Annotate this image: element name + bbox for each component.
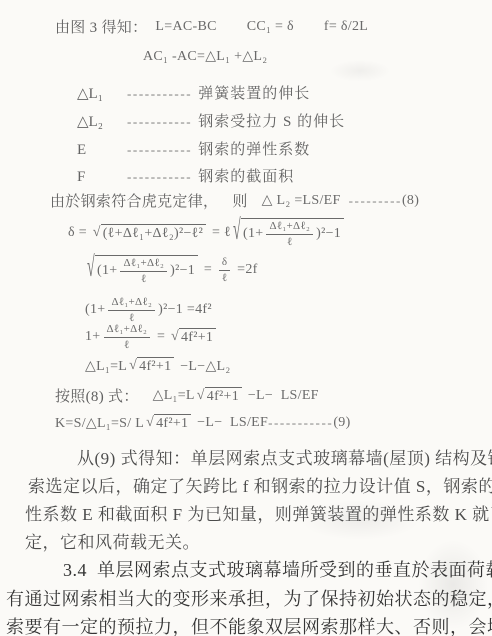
definition-row-f: F ----------- 钢索的截面积	[77, 165, 294, 186]
definition-row-dl1: △L₁ ----------- 弹簧装置的伸长	[77, 82, 310, 103]
fraction-denominator: ℓ	[124, 338, 130, 352]
intro-line: 由图 3 得知： L=AC-BC CC₁ = δ f= δ/2L	[55, 16, 368, 37]
equation-number-8: (8)	[402, 193, 419, 209]
step6-post: −L− LS/EF	[244, 388, 319, 404]
equation-CC1: CC₁ = δ	[247, 19, 294, 35]
sqrt-radical: √ 4f²+1	[146, 414, 191, 432]
fraction: Δℓ₁+Δℓ₂ ℓ	[120, 257, 167, 285]
radical-icon: √	[171, 328, 179, 346]
formula-ref8: 按照(8) 式： △L₁=L √ 4f²+1 −L− LS/EF	[55, 385, 319, 406]
radicand-text: (ℓ+Δℓ₁+Δℓ₂)²−ℓ²	[103, 226, 204, 242]
radicand-pre: (1+	[97, 263, 117, 279]
radicand-pre: (1+	[243, 226, 263, 242]
sqrt-radical: √ 4f²+1	[129, 357, 174, 375]
dash-leader: -----------	[127, 142, 192, 158]
scan-smudge	[330, 60, 390, 82]
sqrt-radical: √ 4f²+1	[197, 387, 242, 405]
formula-k: K=S/△L₁=S/ L √ 4f²+1 −L− LS/EF ---------…	[55, 414, 351, 432]
formula-step2: √ (1+ Δℓ₁+Δℓ₂ ℓ )²−1 = δ ℓ =2f	[85, 255, 258, 285]
step5-pre: △L₁=L	[85, 358, 127, 375]
definition-row-dl2: △L₂ ----------- 钢索受拉力 S 的伸长	[77, 110, 345, 131]
section-3-4-line: 有通过网索相当大的变形来承担，为了保持初始状态的稳定，钢	[6, 585, 492, 611]
delta-mid: = ℓ	[208, 225, 231, 241]
fraction: Δℓ₁+Δℓ₂ ℓ	[104, 323, 151, 351]
hooke-formula: △ L₂ =LS/EF	[262, 192, 341, 209]
definition-desc: 弹簧装置的伸长	[198, 82, 310, 103]
fraction-denominator: ℓ	[141, 272, 147, 286]
definition-desc: 钢索的弹性系数	[198, 138, 310, 159]
fraction-numerator: Δℓ₁+Δℓ₂	[108, 296, 155, 311]
equation-number-9: (9)	[333, 415, 350, 431]
formula-step4: 1+ Δℓ₁+Δℓ₂ ℓ = √ 4f²+1	[85, 323, 218, 351]
fraction: δ ℓ	[219, 256, 230, 284]
radical-icon: √	[146, 414, 154, 432]
equation-f: f= δ/2L	[324, 19, 368, 35]
fraction-numerator: δ	[219, 256, 230, 271]
step3-pre: (1+	[85, 302, 105, 318]
definition-desc: 钢索受拉力 S 的伸长	[198, 110, 345, 131]
intro-label: 由图 3 得知：	[55, 16, 147, 37]
dash-leader: -----------	[127, 169, 192, 185]
radical-icon: √	[129, 357, 137, 375]
paragraph-line: 索选定以后，确定了矢跨比 f 和钢索的拉力设计值 S，钢索的弹	[28, 472, 492, 497]
section-3-4-line: 索要有一定的预拉力，但不能象双层网索那样大、否则，会增大	[6, 613, 492, 636]
dash-leader: -----------	[127, 86, 192, 102]
dash-leader: -----------	[127, 114, 192, 130]
definition-term: F	[77, 169, 127, 186]
dash-leader: ---------	[349, 193, 402, 209]
sqrt-radical: √ (1+ Δℓ₁+Δℓ₂ ℓ )²−1	[233, 218, 344, 248]
scanned-paper-page: 由图 3 得知： L=AC-BC CC₁ = δ f= δ/2L AC₁ -AC…	[0, 0, 492, 636]
step2-tail: =2f	[233, 262, 257, 278]
radicand-text: 4f²+1	[207, 389, 239, 405]
paragraph-line: 从(9) 式得知：单层网索点支式玻璃幕墙(屋顶) 结构及钢	[77, 444, 492, 469]
fraction-numerator: Δℓ₁+Δℓ₂	[104, 323, 151, 338]
definition-term: △L₂	[77, 112, 127, 131]
definition-term: E	[77, 142, 127, 159]
fraction-numerator: Δℓ₁+Δℓ₂	[266, 220, 313, 235]
fraction-denominator: ℓ	[222, 271, 228, 285]
definition-term: △L₁	[77, 84, 127, 103]
definition-row-e: E ----------- 钢索的弹性系数	[77, 138, 310, 159]
formula-ac-text: AC₁ -AC=△L₁ +△L₂	[143, 48, 267, 65]
radicand-post: )²−1	[316, 226, 341, 242]
definition-desc: 钢索的截面积	[198, 165, 294, 186]
dash-leader: -----------	[268, 415, 333, 431]
radicand-post: )²−1	[170, 263, 195, 279]
formula-step5: △L₁=L √ 4f²+1 −L−△L₂	[85, 357, 231, 375]
fraction: Δℓ₁+Δℓ₂ ℓ	[266, 220, 313, 248]
radicand-text: 4f²+1	[156, 416, 188, 432]
fraction: Δℓ₁+Δℓ₂ ℓ	[108, 296, 155, 324]
step7-pre: K=S/△L₁=S/ L	[55, 415, 144, 432]
sqrt-radical: √ 4f²+1	[171, 328, 216, 346]
formula-ac: AC₁ -AC=△L₁ +△L₂	[143, 48, 267, 65]
radical-icon: √	[197, 387, 205, 405]
radical-icon: √	[87, 238, 95, 302]
fraction-denominator: ℓ	[287, 235, 293, 249]
sqrt-radical: √ (1+ Δℓ₁+Δℓ₂ ℓ )²−1	[87, 255, 198, 285]
sqrt-radical: √ (ℓ+Δℓ₁+Δℓ₂)²−ℓ²	[93, 224, 206, 242]
step6-label: 按照(8) 式：	[55, 385, 139, 406]
radicand-text: 4f²+1	[181, 330, 213, 346]
equals-sign: =	[153, 329, 169, 345]
paragraph-line: 性系数 E 和截面积 F 为已知量，则弹簧装置的弹性系数 K 就已确	[25, 500, 492, 525]
equation-L: L=AC-BC	[155, 19, 216, 35]
radicand-text: 4f²+1	[139, 359, 171, 375]
step5-post: −L−△L₂	[176, 358, 230, 375]
formula-delta: δ = √ (ℓ+Δℓ₁+Δℓ₂)²−ℓ² = ℓ √ (1+ Δℓ₁+Δℓ₂ …	[68, 218, 346, 248]
step7-post: −L− LS/EF	[193, 415, 268, 431]
equals-sign: =	[200, 262, 216, 278]
section-3-4-line: 3.4 单层网索点支式玻璃幕墙所受到的垂直於表面荷载，只	[63, 556, 492, 582]
step6-pre: △L₁=L	[153, 387, 195, 404]
paragraph-line: 定，它和风荷载无关。	[25, 528, 200, 553]
step3-post: )²−1 =4f²	[158, 302, 212, 318]
formula-step3: (1+ Δℓ₁+Δℓ₂ ℓ )²−1 =4f²	[85, 296, 212, 324]
step4-pre: 1+	[85, 329, 101, 345]
hooke-lead: 由於钢索符合虎克定律，	[50, 190, 218, 211]
fraction-numerator: Δℓ₁+Δℓ₂	[120, 257, 167, 272]
